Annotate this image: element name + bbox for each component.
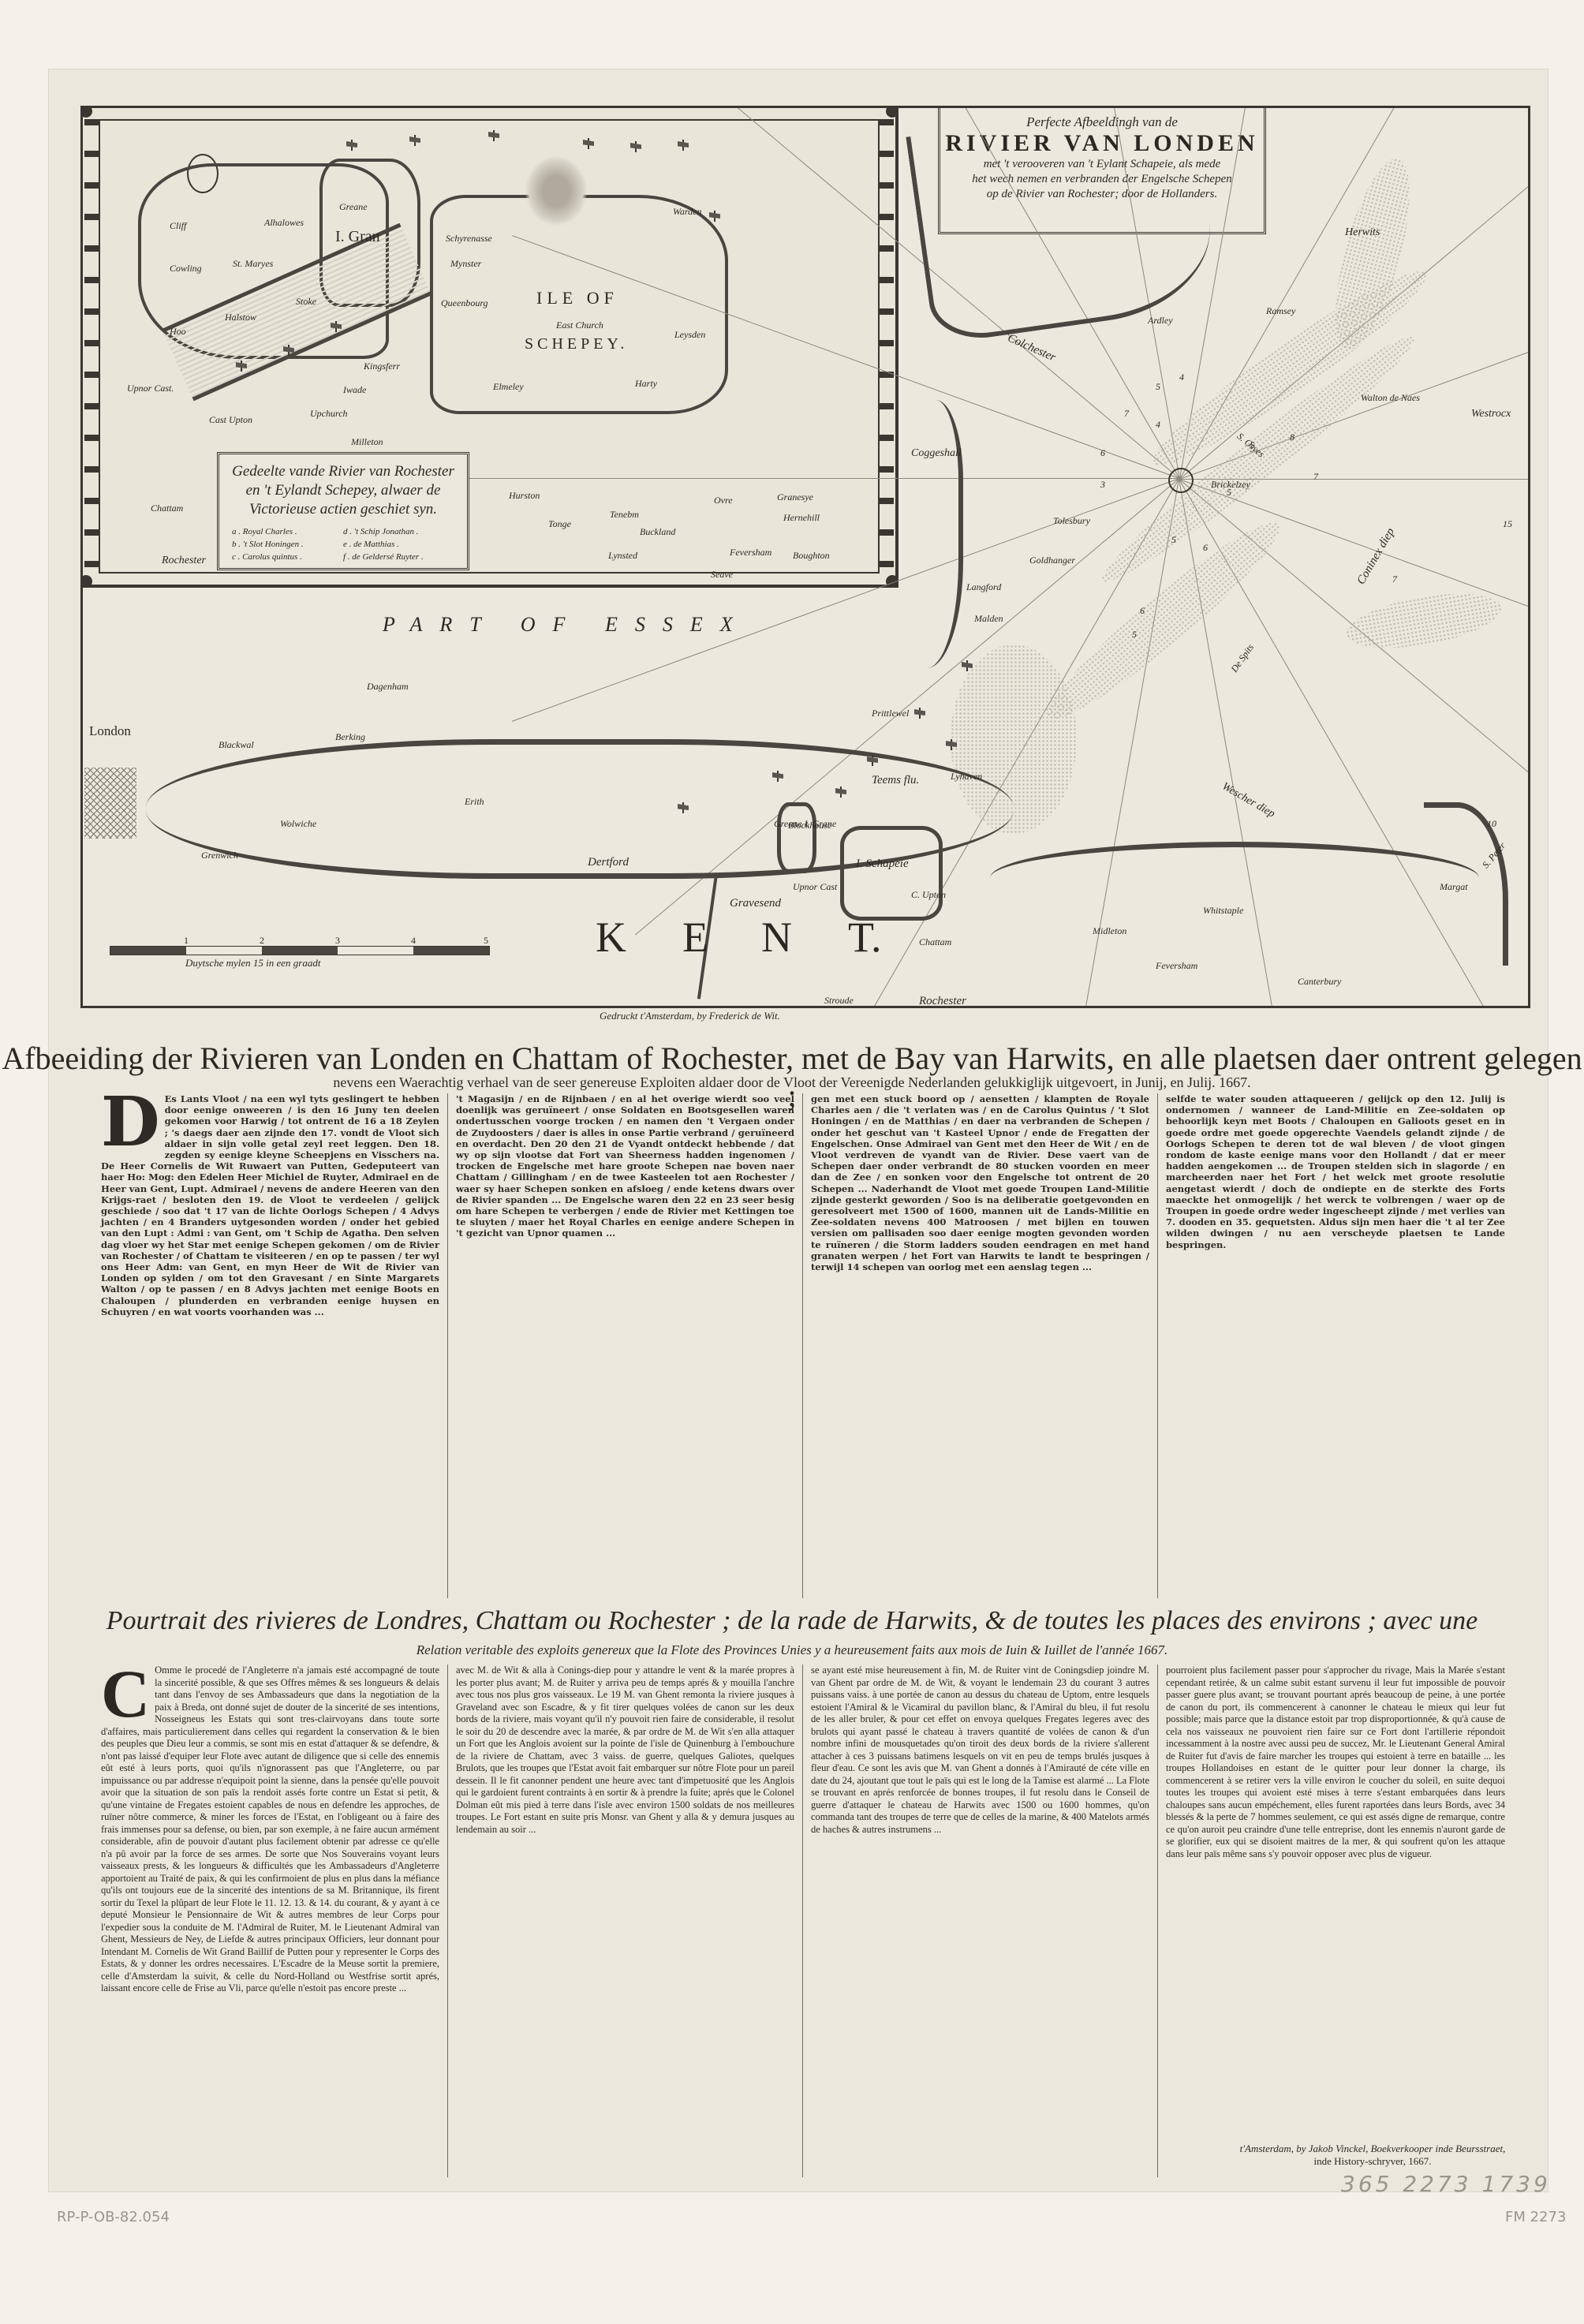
dengie-coast bbox=[872, 400, 963, 668]
french-column-3: se ayant esté mise heureusement à fin, M… bbox=[803, 1665, 1158, 2177]
legend-title: Gedeelte vande Rivier van Rochester en '… bbox=[232, 462, 454, 519]
dutch-column-3: gen met een stuck boord op / aensetten /… bbox=[803, 1093, 1158, 1598]
ship-icon bbox=[288, 345, 299, 356]
label-dagenham: Dagenham bbox=[367, 681, 409, 693]
label-harwits: Herwits bbox=[1345, 226, 1380, 239]
sounding-depth: 5 bbox=[1227, 487, 1231, 499]
label-st-maryes: St. Maryes bbox=[233, 258, 273, 270]
label-malden: Malden bbox=[974, 613, 1003, 625]
label-ovre: Ovre bbox=[714, 495, 733, 506]
kent-coast bbox=[990, 842, 1479, 902]
frame-knob bbox=[80, 575, 92, 588]
label-midleton: Midleton bbox=[1093, 925, 1126, 937]
sounding-depth: 5 bbox=[1171, 534, 1176, 546]
label-goldhanger: Goldhanger bbox=[1029, 555, 1075, 566]
frame-knob bbox=[886, 106, 898, 118]
label-kent-n: N bbox=[761, 913, 792, 962]
label-leigh: Lyhaven bbox=[951, 771, 982, 783]
label-feversham-main: Feversham bbox=[1156, 960, 1197, 972]
label-kingsferry: Kingsferr bbox=[364, 361, 400, 372]
label-blockhouse: Blockhouse bbox=[788, 820, 831, 831]
label-lynsted: Lynsted bbox=[608, 550, 637, 562]
label-de-spitts: De Spits bbox=[1228, 642, 1256, 675]
scale-tick: 1 bbox=[184, 935, 189, 947]
label-gravesend: Gravesend bbox=[730, 897, 781, 910]
french-column-4: pourroient plus facilement passer pour s… bbox=[1158, 1665, 1513, 2138]
map: ILE OF SCHEPEY. I. Gran Greane Cliff Cow… bbox=[80, 106, 1530, 1008]
label-chattam: Chattam bbox=[151, 503, 183, 514]
london-city bbox=[84, 768, 136, 839]
label-buckland: Buckland bbox=[640, 526, 675, 538]
legend-item: b . 't Slot Honingen . bbox=[232, 538, 343, 551]
label-erith: Erith bbox=[465, 796, 484, 808]
dutch-text-columns: DEs Lants Vloot / na een wyl tyts geslin… bbox=[93, 1093, 1513, 1598]
ship-icon bbox=[966, 660, 977, 671]
label-tenebm: Tenebm bbox=[610, 509, 639, 521]
sounding-depth: 4 bbox=[1156, 419, 1160, 431]
dutch-column-2: 't Magasijn / en de Rijnbaen / en al het… bbox=[448, 1093, 803, 1598]
label-tonge: Tonge bbox=[548, 518, 571, 530]
label-dartford: Dertford bbox=[588, 856, 629, 869]
label-colchester: Colchester bbox=[1005, 332, 1057, 365]
label-ile-of: ILE OF bbox=[536, 288, 618, 308]
sounding-depth: 8 bbox=[1290, 432, 1294, 443]
inventory-number-right: FM 2273 bbox=[1505, 2209, 1566, 2225]
label-iwade: Iwade bbox=[343, 384, 366, 396]
label-coggeshall: Coggeshall bbox=[911, 447, 962, 460]
scale-caption: Duytsche mylen 15 in een graadt bbox=[185, 957, 320, 970]
french-column-text: pourroient plus facilement passer pour s… bbox=[1166, 1665, 1505, 1859]
label-boughton: Boughton bbox=[793, 550, 830, 562]
label-hurston: Hurston bbox=[509, 490, 540, 502]
scale-tick: 3 bbox=[335, 935, 340, 947]
label-southend: Prittlewel bbox=[872, 708, 909, 719]
sounding-depth: 6 bbox=[1100, 447, 1105, 459]
label-langford: Langford bbox=[966, 581, 1001, 593]
label-rochester: Rochester bbox=[162, 555, 206, 567]
label-alhalowes: Alhalowes bbox=[264, 217, 304, 229]
sounding-depth: 7 bbox=[1392, 574, 1397, 585]
label-i-gran: I. Gran bbox=[335, 228, 380, 246]
label-barking: Berking bbox=[335, 731, 365, 743]
label-queenbourg: Queenbourg bbox=[441, 297, 488, 309]
french-text-columns: COmme le procedé de l'Angleterre n'a jam… bbox=[93, 1665, 1513, 2177]
label-stoke: Stoke bbox=[296, 296, 316, 308]
legend-list: a . Royal Charles . d . 't Schip Jonatha… bbox=[232, 525, 454, 563]
ship-icon bbox=[682, 802, 693, 813]
sounding-depth: 3 bbox=[1100, 479, 1105, 491]
label-blackwall: Blackwal bbox=[219, 739, 254, 751]
label-greenwich: Grenwich bbox=[201, 850, 238, 861]
pencil-numbers: 365 2273 1739 bbox=[1341, 2171, 1551, 2197]
ship-icon bbox=[351, 140, 362, 151]
sounding-depth: 10 bbox=[1487, 818, 1496, 830]
label-upnor: Upnor Cast. bbox=[127, 383, 174, 394]
legend-item: f . de Geldersé Ruyter . bbox=[343, 551, 454, 563]
label-kent-e: E bbox=[682, 913, 708, 962]
scale-tick: 4 bbox=[411, 935, 416, 947]
inset-map-rochester-sheppey: ILE OF SCHEPEY. I. Gran Greane Cliff Cow… bbox=[83, 108, 898, 588]
dutch-column-1: DEs Lants Vloot / na een wyl tyts geslin… bbox=[93, 1093, 448, 1598]
engraver-credit: Gedruckt t'Amsterdam, by Frederick de Wi… bbox=[600, 1010, 780, 1022]
scale-bar bbox=[110, 946, 490, 955]
ship-icon bbox=[414, 135, 425, 146]
scale-tick: 2 bbox=[260, 935, 264, 947]
label-cliff: Cliff bbox=[170, 220, 186, 232]
ship-icon bbox=[951, 739, 962, 750]
label-leysden: Leysden bbox=[674, 329, 705, 341]
dutch-column-4: selfde te water souden attaqueeren / gel… bbox=[1158, 1093, 1513, 1598]
label-stroude: Stroude bbox=[824, 995, 854, 1007]
sounding-depth: 15 bbox=[1503, 518, 1512, 530]
inventory-number-left: RP-P-OB-82.054 bbox=[57, 2209, 170, 2225]
label-cast-upton: Cast Upton bbox=[209, 414, 252, 426]
french-column-2: avec M. de Wit & alla à Conings-diep pou… bbox=[448, 1665, 803, 2177]
label-upchurch: Upchurch bbox=[310, 408, 348, 420]
imprint-line-1: t'Amsterdam, by Jakob Vinckel, Boekverko… bbox=[1231, 2143, 1515, 2155]
french-subtitle: Relation veritable des exploits genereux… bbox=[0, 1642, 1584, 1658]
label-elmeley: Elmeley bbox=[493, 381, 524, 393]
sandbank bbox=[1342, 584, 1505, 658]
drop-cap: C bbox=[101, 1666, 150, 1721]
label-canterbury: Canterbury bbox=[1298, 976, 1341, 988]
ship-icon bbox=[335, 321, 346, 332]
legend-item: d . 't Schip Jonathan . bbox=[343, 525, 454, 538]
label-feversham: Feversham bbox=[730, 547, 771, 559]
label-harty: Harty bbox=[635, 378, 657, 390]
label-kent-t: T. bbox=[848, 913, 881, 962]
label-east-church: East Church bbox=[556, 319, 603, 331]
ship-icon bbox=[635, 141, 646, 152]
isle-grane bbox=[777, 802, 816, 873]
inset-legend-cartouche: Gedeelte vande Rivier van Rochester en '… bbox=[217, 452, 469, 570]
label-chattam-main: Chattam bbox=[919, 936, 951, 948]
ship-icon bbox=[241, 361, 252, 372]
label-wescher-diep: Wescher diep bbox=[1220, 780, 1277, 820]
sounding-depth: 7 bbox=[1124, 408, 1129, 420]
ship-icon bbox=[840, 786, 851, 798]
label-greane: Greane bbox=[339, 201, 368, 213]
ship-icon bbox=[682, 140, 693, 151]
label-granesye: Granesye bbox=[777, 491, 813, 503]
label-woolwich: Wolwiche bbox=[280, 818, 316, 830]
label-mynster: Mynster bbox=[450, 258, 481, 270]
ship-icon bbox=[588, 138, 599, 149]
sounding-depth: 7 bbox=[1313, 471, 1318, 483]
label-teems-flu: Teems flu. bbox=[872, 774, 919, 787]
label-cowling: Cowling bbox=[170, 263, 202, 275]
imprint-line-2: inde History-schryver, 1667. bbox=[1231, 2155, 1515, 2168]
label-c-upton: C. Upton bbox=[911, 889, 946, 901]
sounding-depth: 5 bbox=[1156, 381, 1160, 393]
smoke-burning-fort bbox=[525, 155, 588, 226]
label-ramsey: Ramsey bbox=[1266, 305, 1295, 317]
sounding-depth: 6 bbox=[1203, 542, 1208, 554]
frame-knob bbox=[80, 106, 92, 118]
isle-schapeie bbox=[840, 826, 943, 921]
label-hoo: Hoo bbox=[170, 326, 186, 338]
label-ardley: Ardley bbox=[1148, 315, 1173, 327]
label-margate: Margat bbox=[1440, 881, 1468, 893]
essex-coast bbox=[906, 106, 1220, 345]
publisher-imprint: t'Amsterdam, by Jakob Vinckel, Boekverko… bbox=[1231, 2143, 1515, 2168]
legend-item: c . Carolus quintus . bbox=[232, 551, 343, 563]
label-kent-k: K bbox=[596, 913, 626, 962]
french-column-1: COmme le procedé de l'Angleterre n'a jam… bbox=[93, 1665, 448, 2177]
ship-icon bbox=[777, 771, 788, 782]
label-seave: Seave bbox=[711, 569, 733, 581]
frame-rail-left bbox=[84, 119, 99, 574]
label-tolesbury: Tolesbury bbox=[1053, 515, 1090, 527]
legend-item: a . Royal Charles . bbox=[232, 525, 343, 538]
label-rochester-main: Rochester bbox=[919, 995, 966, 1008]
label-part-of-essex: PART OF ESSEX bbox=[383, 613, 750, 637]
label-westrocx: Westrocx bbox=[1471, 408, 1511, 420]
label-upnor-main: Upnor Cast bbox=[793, 881, 837, 893]
french-column-text: Omme le procedé de l'Angleterre n'a jama… bbox=[101, 1665, 439, 1993]
label-hernehill: Hernehill bbox=[783, 512, 820, 524]
sounding-depth: 5 bbox=[1250, 439, 1255, 451]
sounding-depth: 6 bbox=[1140, 605, 1145, 617]
sounding-depth: 5 bbox=[1132, 629, 1137, 641]
label-schepey: SCHEPEY. bbox=[525, 335, 628, 353]
label-schyrenasse: Schyrenasse bbox=[446, 233, 492, 245]
ship-icon bbox=[714, 211, 725, 222]
label-london: London bbox=[89, 723, 131, 739]
ship-icon bbox=[493, 130, 504, 141]
label-warden: Warden bbox=[673, 206, 701, 218]
legend-item: e . de Matthias . bbox=[343, 538, 454, 551]
sounding-depth: 4 bbox=[1179, 372, 1184, 383]
french-headline: Pourtrait des rivieres de Londres, Chatt… bbox=[0, 1606, 1584, 1636]
label-halstow: Halstow bbox=[225, 312, 256, 323]
drop-cap: D bbox=[101, 1095, 160, 1150]
scale-tick: 5 bbox=[484, 935, 488, 947]
dutch-subtitle: nevens een Waerachtig verhael van de see… bbox=[0, 1074, 1584, 1091]
label-milleton: Milleton bbox=[351, 436, 383, 448]
ship-icon bbox=[919, 708, 930, 719]
label-whitstable: Whitstaple bbox=[1203, 905, 1243, 917]
ship-icon bbox=[872, 755, 883, 766]
label-i-schapeie: I. Schapeie bbox=[856, 857, 909, 871]
label-walton: Walton de Naes bbox=[1361, 392, 1420, 404]
